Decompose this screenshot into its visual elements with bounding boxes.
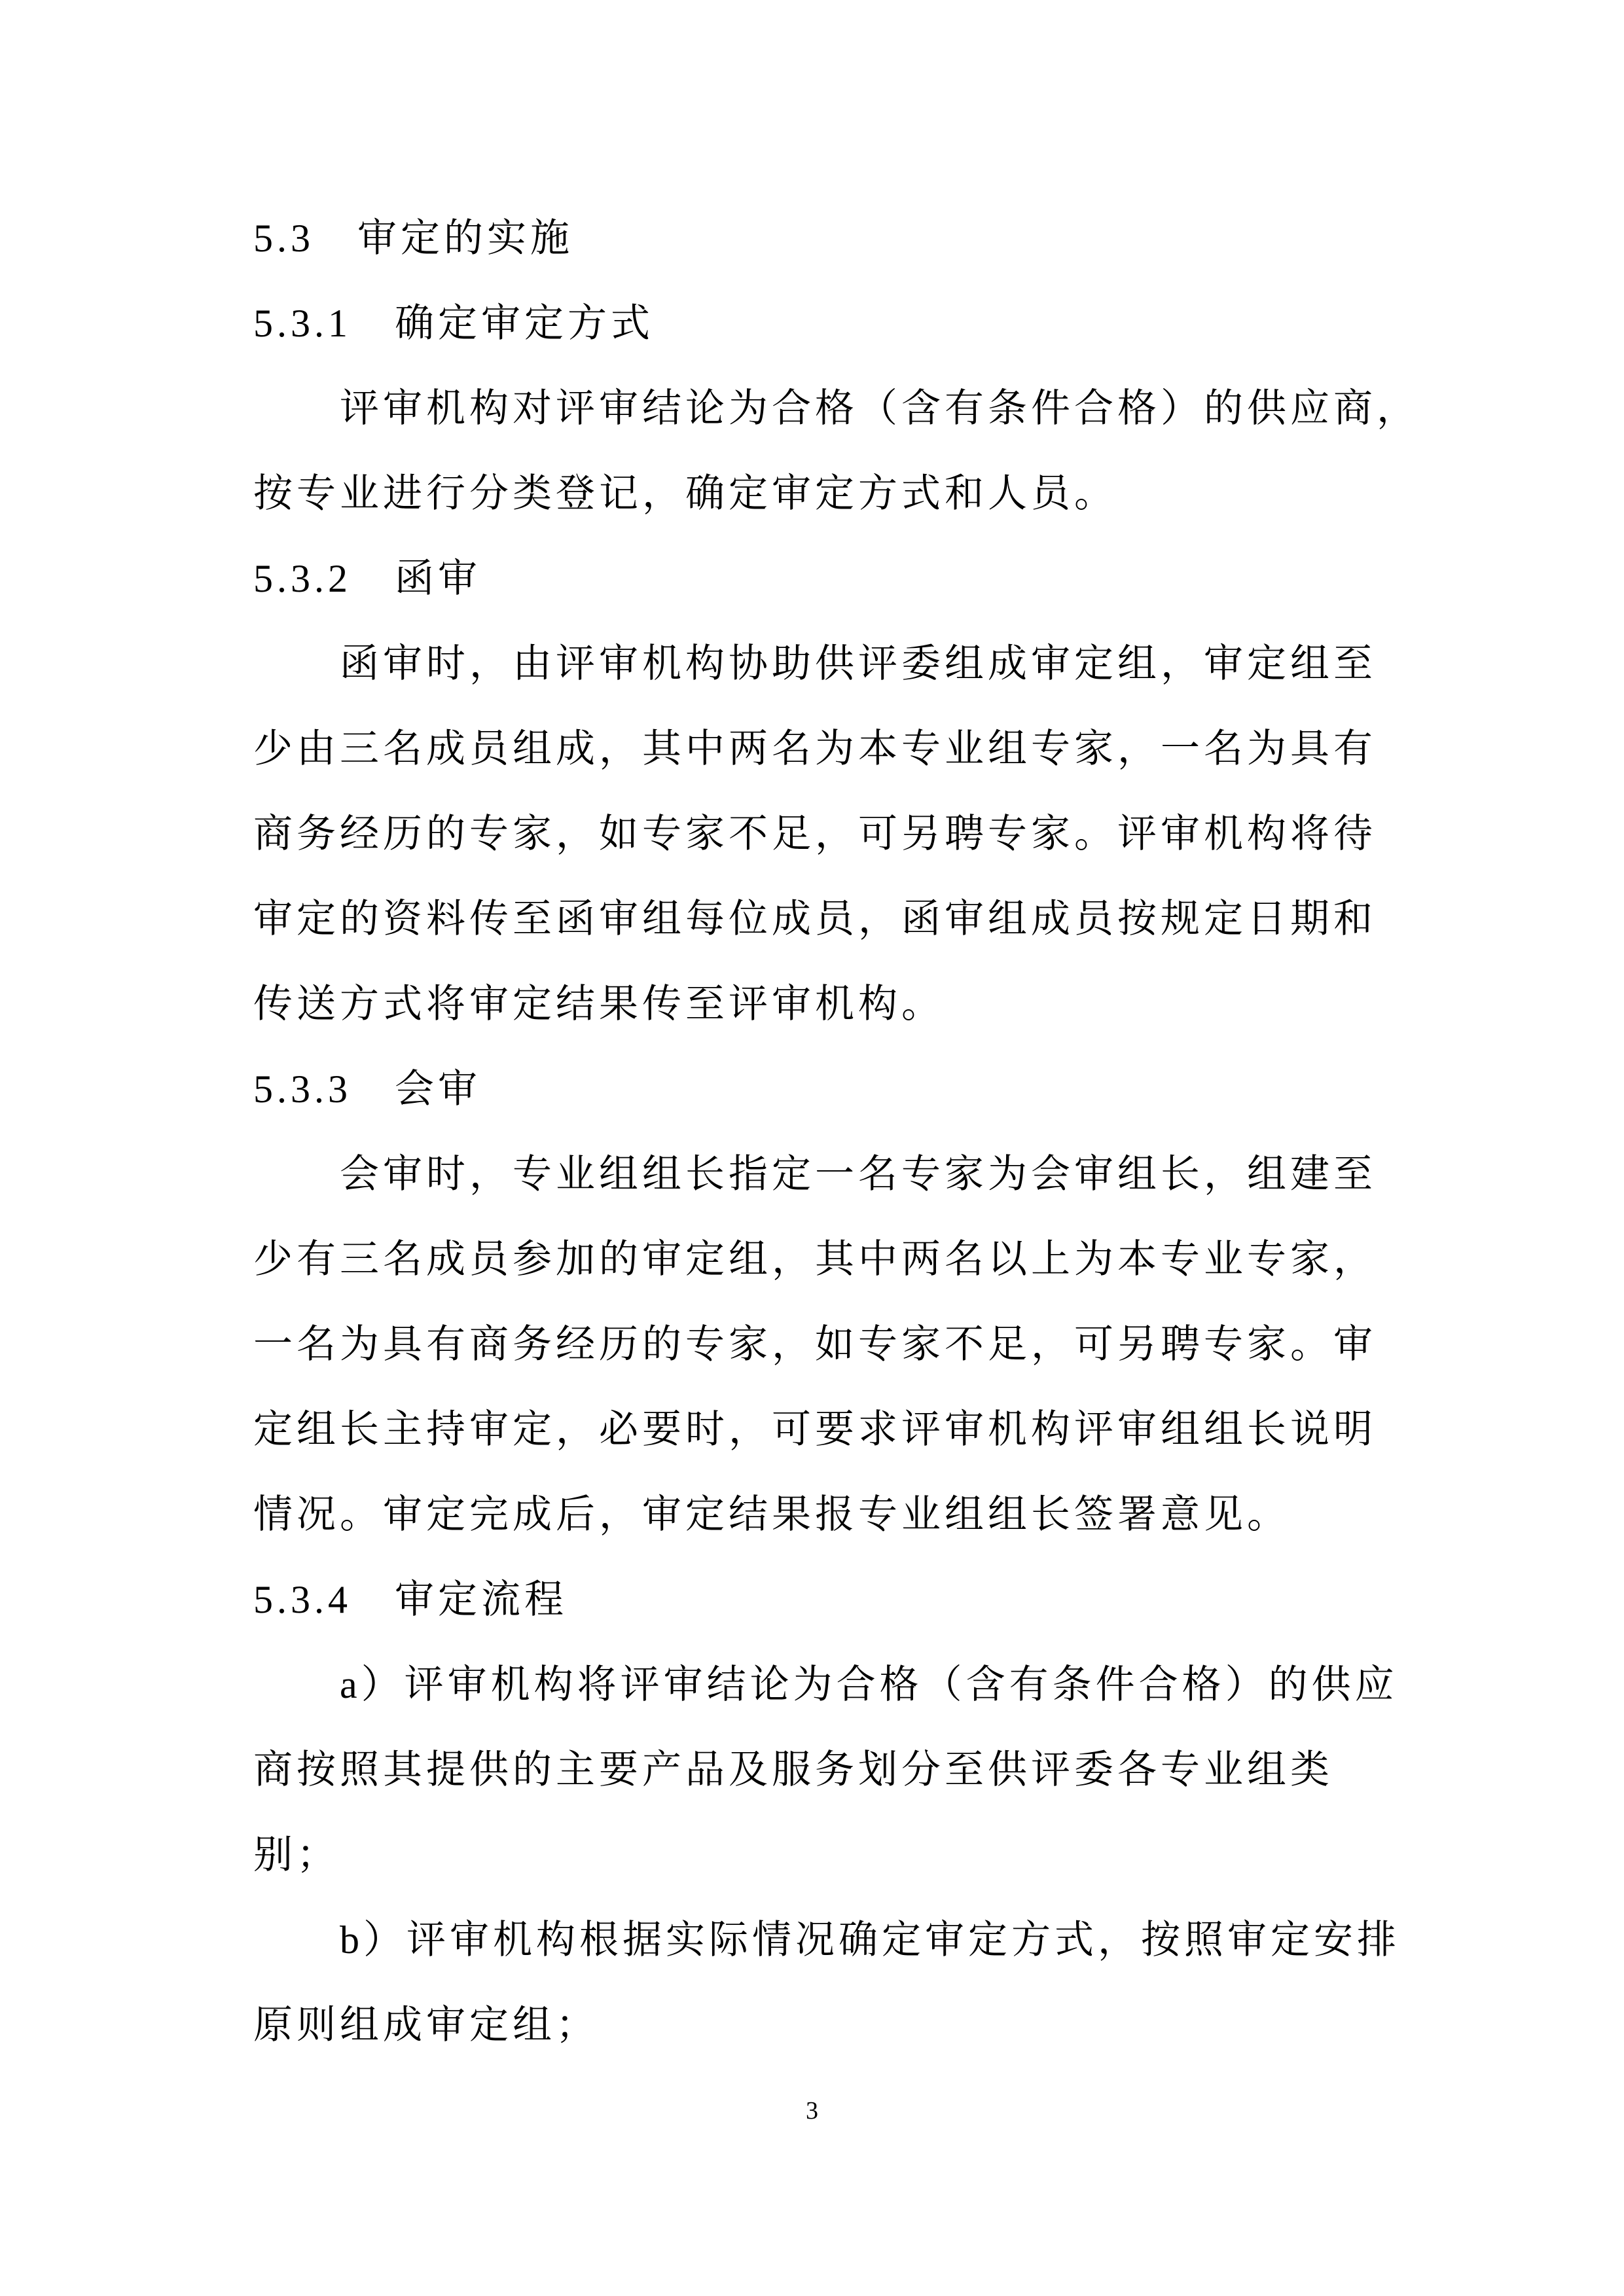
body-line: 评审机构对评审结论为合格（含有条件合格）的供应商， (340, 389, 1420, 428)
body-line: 情况。审定完成后，审定结果报专业组组长签署意见。 (253, 1495, 1290, 1534)
body-line: 会审时，专业组组长指定一名专家为会审组长，组建至 (340, 1155, 1377, 1194)
body-line: 商按照其提供的主要产品及服务划分至供评委各专业组类 (253, 1750, 1333, 1789)
body-line: 定组长主持审定，必要时，可要求评审机构评审组组长说明 (253, 1410, 1377, 1449)
list-item-b: b）评审机构根据实际情况确定审定方式，按照审定安排 (340, 1920, 1400, 1960)
body-line: 按专业进行分类登记，确定审定方式和人员。 (253, 474, 1117, 513)
page-number: 3 (0, 2098, 1624, 2123)
list-item-a: a）评审机构将评审结论为合格（含有条件合格）的供应 (340, 1665, 1398, 1704)
body-line: 原则组成审定组； (253, 2005, 599, 2045)
body-line: 一名为具有商务经历的专家，如专家不足，可另聘专家。审 (253, 1325, 1377, 1364)
heading-5-3-4: 5.3.4 审定流程 (253, 1580, 568, 1619)
body-line: 少有三名成员参加的审定组，其中两名以上为本专业专家， (253, 1240, 1377, 1279)
heading-5-3-3: 5.3.3 会审 (253, 1069, 481, 1109)
body-line: 少由三名成员组成，其中两名为本专业组专家，一名为具有 (253, 729, 1377, 768)
document-page: 5.3 审定的实施 5.3.1 确定审定方式 评审机构对评审结论为合格（含有条件… (0, 0, 1624, 2296)
heading-5-3-2: 5.3.2 函审 (253, 559, 481, 598)
heading-5-3-1: 5.3.1 确定审定方式 (253, 304, 654, 343)
body-line: 别； (253, 1835, 340, 1874)
body-line: 函审时，由评审机构协助供评委组成审定组，审定组至 (340, 644, 1377, 683)
heading-5-3: 5.3 审定的实施 (253, 219, 573, 258)
body-line: 审定的资料传至函审组每位成员，函审组成员按规定日期和 (253, 899, 1377, 939)
body-line: 商务经历的专家，如专家不足，可另聘专家。评审机构将待 (253, 814, 1377, 853)
body-line: 传送方式将审定结果传至评审机构。 (253, 984, 945, 1024)
